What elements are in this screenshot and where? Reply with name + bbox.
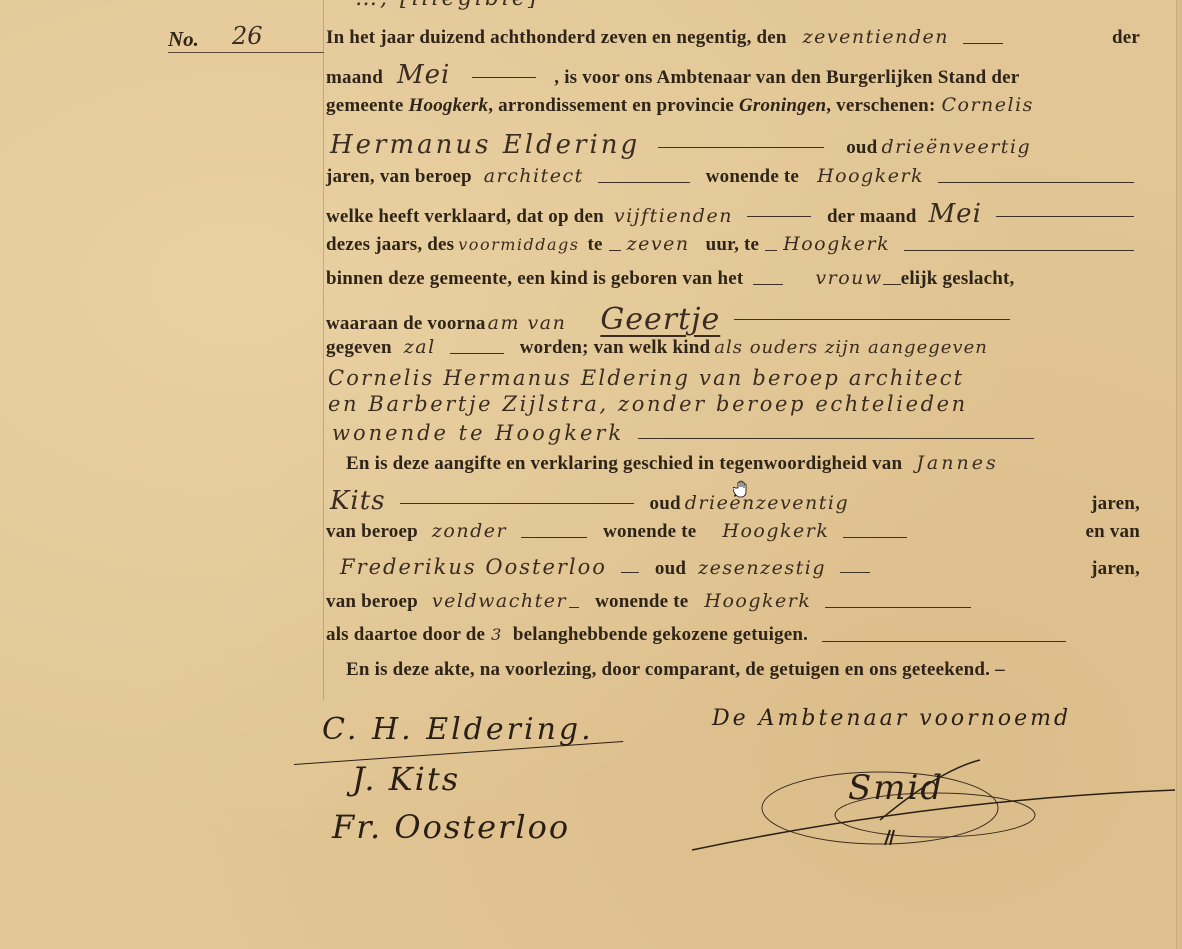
record-number: No. 26 <box>168 24 324 53</box>
akte-line: maand Mei , is voor ons Ambtenaar van de… <box>326 60 1140 90</box>
signature-witness-1: J. Kits <box>352 760 460 798</box>
printed-text: gegeven <box>326 337 392 359</box>
akte-line: als daartoe door de 3 belanghebbende gek… <box>326 624 1140 654</box>
province-name: Groningen <box>739 95 826 117</box>
handwritten-birth-month: Mei <box>917 199 990 229</box>
printed-text: wonende te <box>603 521 696 543</box>
akte-line: binnen deze gemeente, een kind is gebore… <box>326 267 1140 297</box>
handwritten-age: drieënzeventig <box>681 492 857 514</box>
printed-text: jaren, <box>1091 493 1140 515</box>
akte-line: en Barbertje Zijlstra, zonder beroep ech… <box>326 392 1140 422</box>
handwritten-residence: wonende te Hoogkerk <box>326 421 632 445</box>
handwritten-residence: Hoogkerk <box>688 590 819 612</box>
printed-text: wonende te <box>595 591 688 613</box>
printed-text: gemeente <box>326 95 404 117</box>
printed-text: worden; van welk kind <box>520 337 711 359</box>
printed-text: welke heeft verklaard, dat op den <box>326 206 604 228</box>
hand-cursor-icon <box>733 480 749 498</box>
bleed-through-text: ‏‏ ‏ ‏ ‏‏ ‏ ‏ ‏ ‏ ‏ ‏ ‏ <box>40 70 85 91</box>
handwritten-hour: zeven <box>627 233 698 255</box>
printed-text: , is voor ons Ambtenaar van den Burgerli… <box>554 67 1019 89</box>
record-number-value: 26 <box>232 22 263 50</box>
handwritten-time-of-day: voormiddags <box>454 235 587 254</box>
printed-text: In het jaar duizend achthonderd zeven en… <box>326 27 787 49</box>
printed-text: jaren, van beroep <box>326 166 472 188</box>
handwritten-birth-day: vijftienden <box>604 205 741 227</box>
signature-witness-2: Fr. Oosterloo <box>332 808 570 846</box>
handwritten-occupation: architect <box>472 165 592 187</box>
akte-line: jaren, van beroep architect wonende te H… <box>326 165 1140 195</box>
handwritten-parents: Cornelis Hermanus Eldering van beroep ar… <box>326 366 972 390</box>
handwritten-declarant-name: Hermanus Eldering <box>326 130 648 160</box>
printed-text: en van <box>1085 521 1140 543</box>
handwritten-declarant-name: Cornelis <box>935 94 1041 116</box>
printed-text: waaraan de voorna <box>326 313 486 335</box>
akte-line: van beroep zonder wonende te Hoogkerk en… <box>326 520 1140 550</box>
akte-line: En is deze aangifte en verklaring geschi… <box>326 452 1140 482</box>
record-number-label: No. <box>168 27 199 52</box>
printed-text: belanghebbende gekozene getuigen. <box>513 624 808 646</box>
akte-line: dezes jaars, des voormiddags te zeven uu… <box>326 233 1140 263</box>
handwritten-text: am van <box>486 312 575 334</box>
printed-text: jaren, <box>1091 558 1140 580</box>
akte-line: van beroep veldwachter wonende te Hoogke… <box>326 590 1140 620</box>
handwritten-age: drieënveertig <box>877 136 1039 158</box>
printed-text: oud <box>846 137 877 159</box>
akte-line: waaraan de voorna am van Geertje <box>326 302 1140 332</box>
signature-declarant: C. H. Eldering. <box>322 712 594 747</box>
handwritten-text: als ouders zijn aangegeven <box>710 337 996 358</box>
akte-line: gegeven zal worden; van welk kind als ou… <box>326 336 1140 366</box>
printed-text: als daartoe door de <box>326 624 485 646</box>
handwritten-birth-place: Hoogkerk <box>783 233 898 255</box>
akte-line: wonende te Hoogkerk <box>326 421 1140 451</box>
akte-line: Hermanus Eldering oud drieënveertig <box>326 130 1140 160</box>
handwritten-date: zeventienden <box>787 26 957 48</box>
printed-text: maand <box>326 67 383 89</box>
handwritten-residence: Hoogkerk <box>799 165 932 187</box>
printed-text: , arrondissement en provincie <box>488 95 734 117</box>
printed-text: van beroep <box>326 521 418 543</box>
akte-line: welke heeft verklaard, dat op den vijfti… <box>326 199 1140 229</box>
handwritten-witness-name: Kits <box>326 486 394 516</box>
handwritten-parents: en Barbertje Zijlstra, zonder beroep ech… <box>326 392 976 416</box>
printed-text: oud <box>655 558 686 580</box>
akte-line: In het jaar duizend achthonderd zeven en… <box>326 26 1140 56</box>
printed-text: oud <box>650 493 681 515</box>
margin-rule <box>323 0 324 700</box>
printed-text: der <box>1112 27 1140 49</box>
handwritten-count: 3 <box>485 625 513 644</box>
printed-text: te <box>587 234 602 256</box>
signature-official: Smid <box>848 768 944 808</box>
handwritten-child-name: Geertje <box>574 302 728 337</box>
printed-text: dezes jaars, des <box>326 234 454 256</box>
akte-line: gemeente Hoogkerk , arrondissement en pr… <box>326 94 1140 124</box>
handwritten-residence: Hoogkerk <box>696 520 837 542</box>
handwritten-sex: vrouw <box>789 267 882 289</box>
printed-text: binnen deze gemeente, een kind is gebore… <box>326 268 743 290</box>
printed-text: der maand <box>827 206 917 228</box>
handwritten-month: Mei <box>383 60 458 90</box>
previous-entry-fragment: …, [illegible] <box>355 0 540 11</box>
printed-text: En is deze aangifte en verklaring geschi… <box>346 453 902 475</box>
printed-text: van beroep <box>326 591 418 613</box>
printed-text: En is deze akte, na voorlezing, door com… <box>346 659 1005 681</box>
akte-line: Frederikus Oosterloo oud zesenzestig jar… <box>326 555 1140 585</box>
handwritten-text: zal <box>392 336 444 358</box>
municipality-name: Hoogkerk <box>409 95 489 117</box>
printed-text: , verschenen: <box>826 95 935 117</box>
handwritten-witness-name: Jannes <box>902 452 1006 474</box>
handwritten-occupation: zonder <box>418 520 515 542</box>
printed-text: elijk geslacht, <box>901 268 1015 290</box>
printed-text: uur, te <box>706 234 759 256</box>
handwritten-age: zesenzestig <box>686 557 834 579</box>
printed-text: wonende te <box>706 166 799 188</box>
handwritten-witness-name: Frederikus Oosterloo <box>326 555 615 579</box>
document-page: ‏‏ ‏ ‏ ‏‏ ‏ ‏ ‏ ‏ ‏ ‏ ‏ …, [illegible] N… <box>0 0 1182 949</box>
handwritten-occupation: veldwachter <box>418 590 569 612</box>
akte-line: En is deze akte, na voorlezing, door com… <box>326 659 1140 689</box>
official-title: De Ambtenaar voornoemd <box>712 706 1071 731</box>
